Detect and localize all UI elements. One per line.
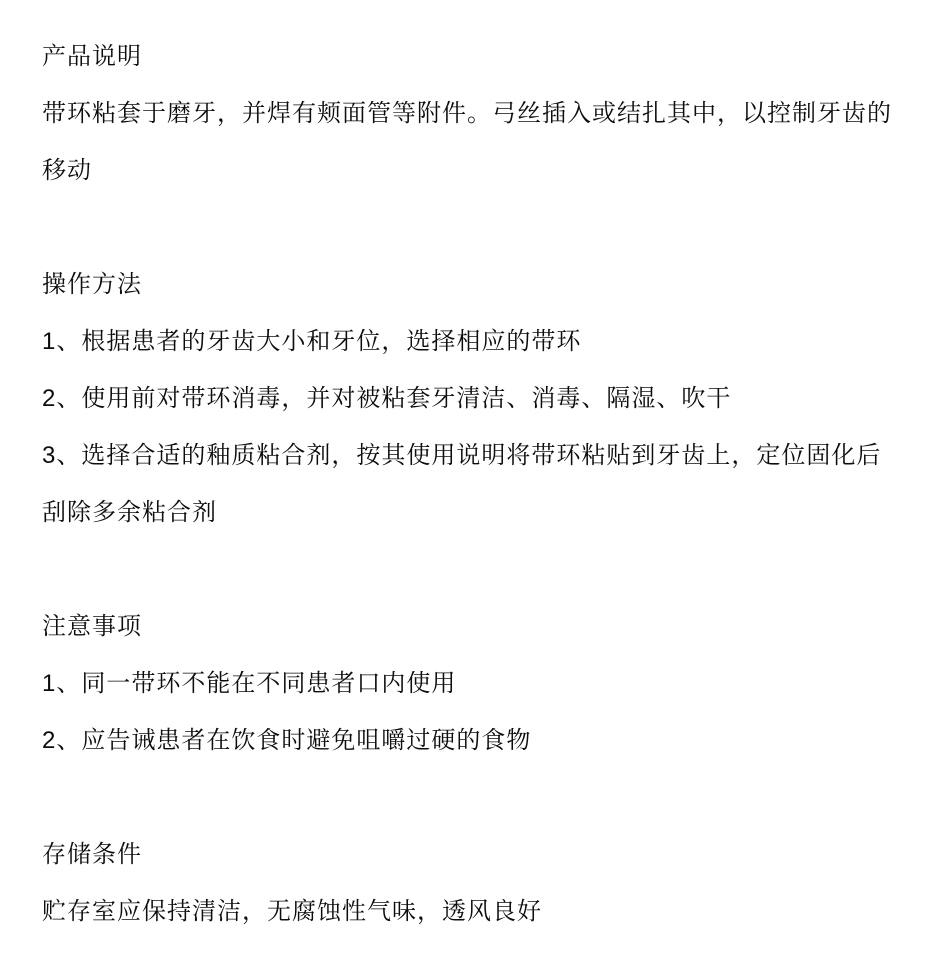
section-storage-conditions: 存储条件 贮存室应保持清洁，无腐蚀性气味，透风良好 <box>42 826 906 940</box>
section-heading-precautions: 注意事项 <box>42 598 906 655</box>
section-precautions: 注意事项 1、同一带环不能在不同患者口内使用 2、应告诫患者在饮食时避免咀嚼过硬… <box>42 598 906 769</box>
operation-step-3: 3、选择合适的釉质粘合剂，按其使用说明将带环粘贴到牙齿上，定位固化后刮除多余粘合… <box>42 427 906 541</box>
section-operation-method: 操作方法 1、根据患者的牙齿大小和牙位，选择相应的带环 2、使用前对带环消毒，并… <box>42 256 906 541</box>
product-description-text: 带环粘套于磨牙，并焊有颊面管等附件。弓丝插入或结扎其中，以控制牙齿的移动 <box>42 85 906 199</box>
operation-step-2: 2、使用前对带环消毒，并对被粘套牙清洁、消毒、隔湿、吹干 <box>42 370 906 427</box>
product-description-document: 产品说明 带环粘套于磨牙，并焊有颊面管等附件。弓丝插入或结扎其中，以控制牙齿的移… <box>0 0 948 972</box>
precaution-item-2: 2、应告诫患者在饮食时避免咀嚼过硬的食物 <box>42 712 906 769</box>
precaution-item-1: 1、同一带环不能在不同患者口内使用 <box>42 655 906 712</box>
section-product-description: 产品说明 带环粘套于磨牙，并焊有颊面管等附件。弓丝插入或结扎其中，以控制牙齿的移… <box>42 28 906 199</box>
section-heading-product-description: 产品说明 <box>42 28 906 85</box>
operation-step-1: 1、根据患者的牙齿大小和牙位，选择相应的带环 <box>42 313 906 370</box>
section-heading-operation-method: 操作方法 <box>42 256 906 313</box>
storage-conditions-text: 贮存室应保持清洁，无腐蚀性气味，透风良好 <box>42 883 906 940</box>
section-heading-storage-conditions: 存储条件 <box>42 826 906 883</box>
